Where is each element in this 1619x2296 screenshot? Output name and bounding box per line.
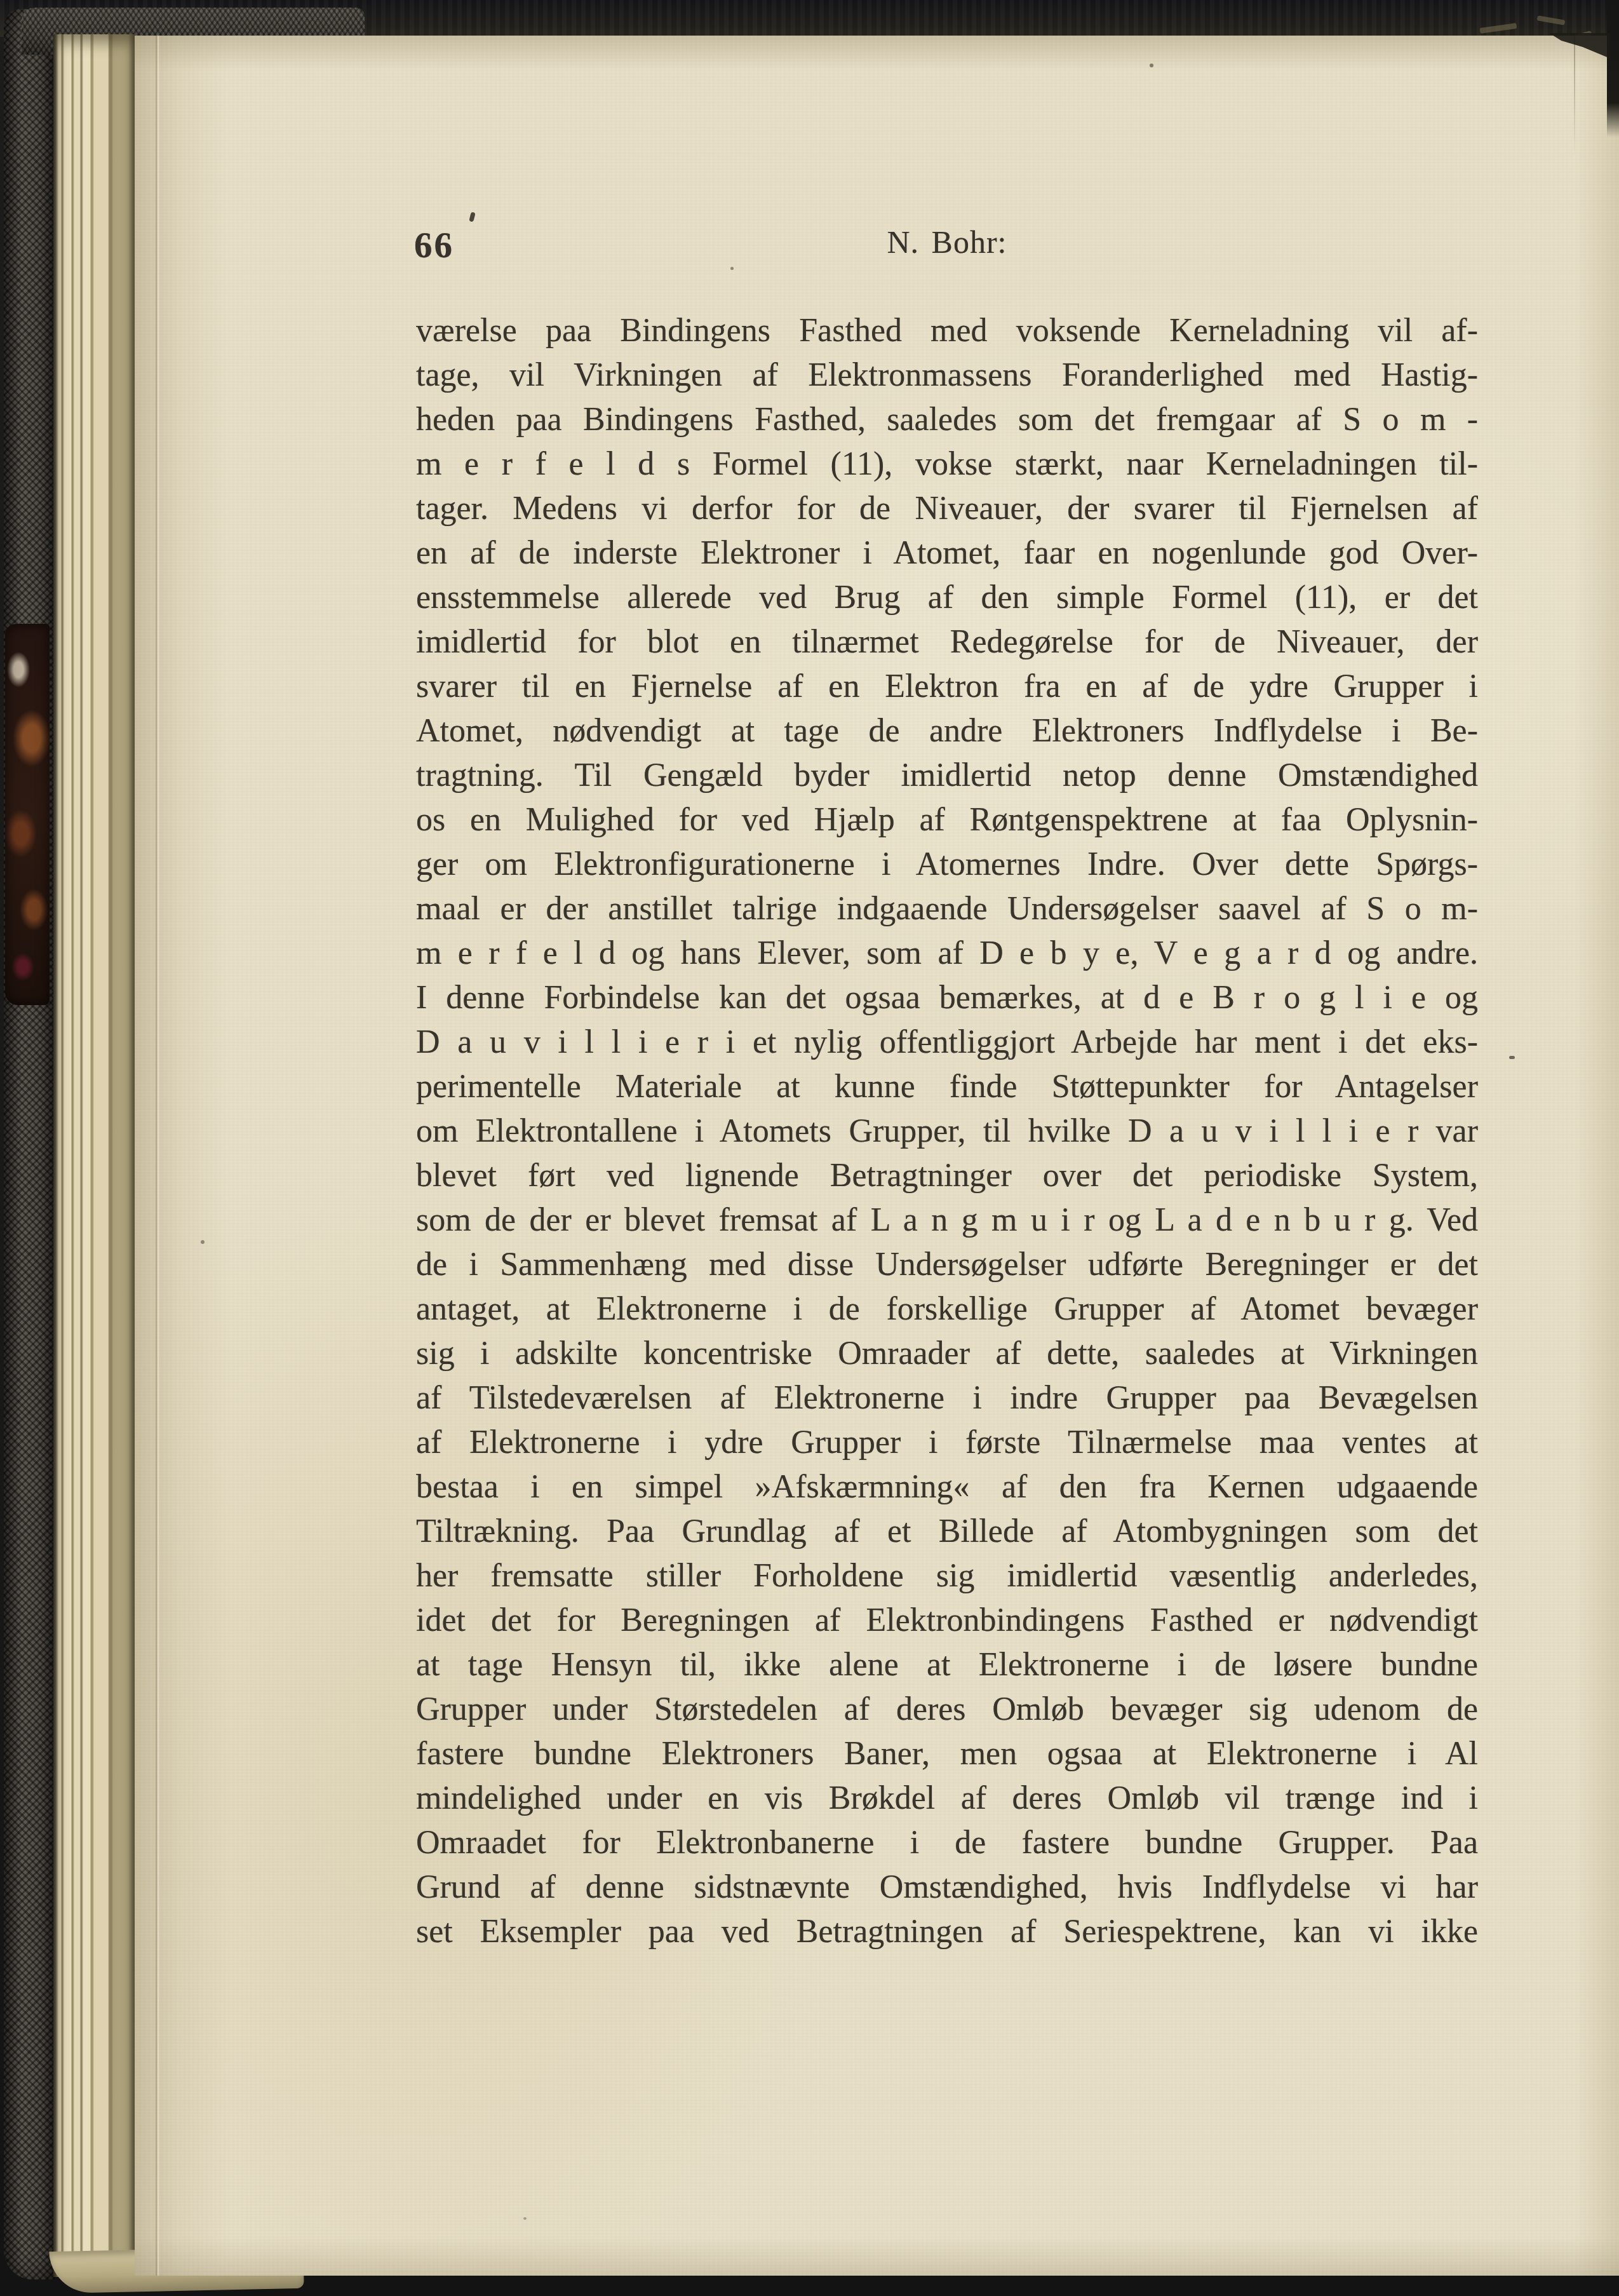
- text-line: heden paa Bindingens Fasthed, saaledes s…: [416, 398, 1478, 442]
- text-line: at tage Hensyn til, ikke alene at Elektr…: [416, 1643, 1478, 1687]
- book-spine-cloth: [4, 9, 55, 2279]
- scanned-book-photo: 66 N. Bohr: værelse paa Bindingens Fasth…: [0, 0, 1619, 2296]
- text-line: m e r f e l d s Formel (11), vokse stærk…: [416, 442, 1478, 487]
- text-line: os en Mulighed for ved Hjælp af Røntgens…: [416, 798, 1478, 842]
- paper-speck: [523, 2217, 527, 2220]
- text-line: m e r f e l d og hans Elever, som af D e…: [416, 931, 1478, 976]
- text-line: de i Sammenhæng med disse Undersøgelser …: [416, 1243, 1478, 1287]
- paper-speck: [469, 212, 475, 222]
- text-line: af Tilstedeværelsen af Elektronerne i in…: [416, 1376, 1478, 1421]
- text-line: af Elektronerne i ydre Grupper i første …: [416, 1421, 1478, 1465]
- body-text: værelse paa Bindingens Fasthed med vokse…: [416, 309, 1478, 1954]
- text-line: mindelighed under en vis Brøkdel af dere…: [416, 1776, 1478, 1821]
- book-page: 66 N. Bohr: værelse paa Bindingens Fasth…: [135, 36, 1619, 2276]
- text-line: om Elektrontallene i Atomets Grupper, ti…: [416, 1109, 1478, 1154]
- text-line: D a u v i l l i e r i et nylig offentlig…: [416, 1020, 1478, 1065]
- text-line: perimentelle Materiale at kunne finde St…: [416, 1065, 1478, 1109]
- background-corner-sliver: [1607, 0, 1619, 137]
- running-header: N. Bohr:: [416, 224, 1478, 260]
- spine-leather-label: [5, 624, 50, 1005]
- text-line: antaget, at Elektronerne i de forskellig…: [416, 1287, 1478, 1332]
- text-line: set Eksempler paa ved Betragtningen af S…: [416, 1910, 1478, 1954]
- text-line: svarer til en Fjernelse af en Elektron f…: [416, 665, 1478, 709]
- text-line: en af de inderste Elektroner i Atomet, f…: [416, 531, 1478, 576]
- text-line: tage, vil Virkningen af Elektronmassens …: [416, 353, 1478, 398]
- underlying-page-edge: [1574, 36, 1575, 156]
- page-edges-stack: [53, 34, 135, 2277]
- text-line: Atomet, nødvendigt at tage de andre Elek…: [416, 709, 1478, 753]
- text-line: sig i adskilte koncentriske Omraader af …: [416, 1332, 1478, 1376]
- text-line: fastere bundne Elektroners Baner, men og…: [416, 1732, 1478, 1776]
- text-line: I denne Forbindelse kan det ogsaa bemærk…: [416, 976, 1478, 1020]
- paper-speck: [1150, 64, 1153, 67]
- text-line: maal er der anstillet talrige indgaaende…: [416, 887, 1478, 931]
- text-line: tager. Medens vi derfor for de Niveauer,…: [416, 487, 1478, 531]
- text-line: værelse paa Bindingens Fasthed med vokse…: [416, 309, 1478, 353]
- text-line: blevet ført ved lignende Betragtninger o…: [416, 1154, 1478, 1198]
- text-line: tragtning. Til Gengæld byder imidlertid …: [416, 753, 1478, 798]
- text-line: som de der er blevet fremsat af L a n g …: [416, 1198, 1478, 1243]
- text-line: bestaa i en simpel »Afskærmning« af den …: [416, 1465, 1478, 1509]
- text-line: ensstemmelse allerede ved Brug af den si…: [416, 576, 1478, 620]
- paper-speck: [1509, 1056, 1515, 1059]
- text-line: Tiltrækning. Paa Grundlag af et Billede …: [416, 1509, 1478, 1554]
- paper-speck: [730, 267, 734, 270]
- paper-speck: [201, 1240, 205, 1244]
- text-line: Omraadet for Elektronbanerne i de faster…: [416, 1821, 1478, 1865]
- page-gutter-crease: [156, 36, 158, 2276]
- text-line: her fremsatte stiller Forholdene sig imi…: [416, 1554, 1478, 1598]
- text-line: imidlertid for blot en tilnærmet Redegør…: [416, 620, 1478, 665]
- text-line: ger om Elektronfigurationerne i Atomerne…: [416, 842, 1478, 887]
- text-line: Grupper under Størstedelen af deres Omlø…: [416, 1687, 1478, 1732]
- text-line: Grund af denne sidstnævnte Omstændighed,…: [416, 1865, 1478, 1910]
- text-line: idet det for Beregningen af Elektronbind…: [416, 1598, 1478, 1643]
